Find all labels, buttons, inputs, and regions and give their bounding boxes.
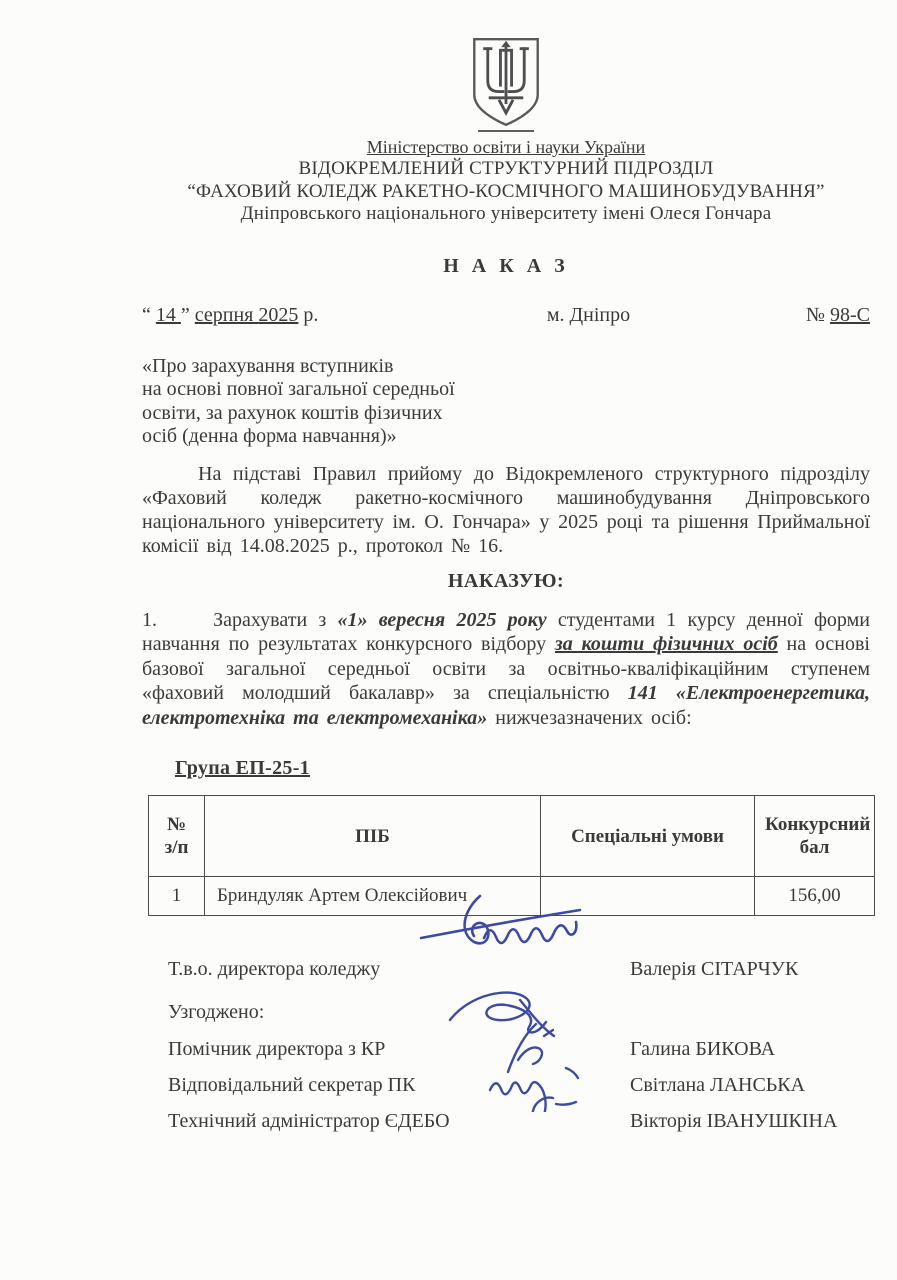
signature-row-officer: Технічний адміністратор ЄДЕБО Вікторія І… (168, 1108, 870, 1134)
group-title: Група ЕП-25-1 (175, 757, 870, 780)
order-subject: «Про зарахування вступників на основі по… (142, 355, 522, 449)
subject-line: освіти, за рахунок коштів фізичних (142, 402, 522, 426)
enrollment-table: № з/п ПІБ Спеціальні умови Конкурсний ба… (148, 795, 875, 916)
signature-row-officer: Відповідальний секретар ПК Світлана ЛАНС… (168, 1072, 870, 1098)
subject-line: осіб (денна форма навчання)» (142, 425, 522, 449)
subject-line: «Про зарахування вступників (142, 355, 522, 379)
special-conditions-cell (541, 877, 755, 916)
officer-title-label: Відповідальний секретар ПК (168, 1074, 415, 1096)
officer-name: Галина БИКОВА (630, 1036, 775, 1062)
order-date: “ 14 ” серпня 2025 р. (142, 304, 427, 327)
signature-section: Т.в.о. директора коледжу Валерія СІТАРЧУ… (142, 956, 870, 1134)
order-meta-row: “ 14 ” серпня 2025 р. м. Дніпро № 98-С (142, 304, 870, 327)
column-header-num: № з/п (149, 796, 205, 877)
ministry-line: Міністерство освіти і науки України (142, 136, 870, 158)
org-line-2: “ФАХОВИЙ КОЛЕДЖ РАКЕТНО-КОСМІЧНОГО МАШИН… (142, 181, 870, 204)
item1-funding-emphasis: за кошти фізичних осіб (555, 633, 778, 655)
scanned-order-document: Міністерство освіти і науки України ВІДО… (0, 0, 897, 1280)
row-number-cell: 1 (149, 877, 205, 916)
director-title-label: Т.в.о. директора коледжу (168, 958, 380, 980)
officer-title-label: Помічник директора з КР (168, 1038, 385, 1060)
order-item-1: 1. Зарахувати з «1» вересня 2025 року ст… (142, 608, 870, 731)
signature-row-director: Т.в.о. директора коледжу Валерія СІТАРЧУ… (168, 956, 870, 982)
officer-name: Світлана ЛАНСЬКА (630, 1072, 805, 1098)
agreed-label-row: Узгоджено: (168, 999, 870, 1025)
item1-date-emphasis: «1» вересня 2025 року (338, 609, 547, 631)
column-header-name: ПІБ (205, 796, 541, 877)
score-cell: 156,00 (755, 877, 875, 916)
preamble-paragraph: На підставі Правил прийому до Відокремле… (142, 462, 870, 558)
director-name: Валерія СІТАРЧУК (630, 956, 798, 982)
resolution-heading: НАКАЗУЮ: (142, 570, 870, 593)
agreed-label: Узгоджено: (168, 1001, 264, 1023)
order-number: № 98-С (750, 304, 870, 327)
org-line-3: Дніпровського національного університету… (142, 203, 870, 226)
org-line-1: ВІДОКРЕМЛЕНИЙ СТРУКТУРНИЙ ПІДРОЗДІЛ (142, 158, 870, 181)
table-header-row: № з/п ПІБ Спеціальні умови Конкурсний ба… (149, 796, 875, 877)
subject-line: на основі повної загальної середньої (142, 378, 522, 402)
officer-title-label: Технічний адміністратор ЄДЕБО (168, 1110, 450, 1132)
item1-text: 1. Зарахувати з (142, 609, 338, 631)
item1-text: нижчезазначених осіб: (487, 707, 691, 729)
student-name-cell: Бриндуляк Артем Олексійович (205, 877, 541, 916)
table-row: 1 Бриндуляк Артем Олексійович 156,00 (149, 877, 875, 916)
column-header-conditions: Спеціальні умови (541, 796, 755, 877)
emblem-divider (478, 130, 534, 132)
ukraine-trident-emblem-icon (464, 36, 548, 128)
signature-row-officer: Помічник директора з КР Галина БИКОВА (168, 1036, 870, 1062)
officer-name: Вікторія ІВАНУШКІНА (630, 1108, 837, 1134)
order-title: Н А К А З (142, 255, 870, 278)
order-city: м. Дніпро (427, 304, 750, 327)
column-header-score: Конкурсний бал (755, 796, 875, 877)
